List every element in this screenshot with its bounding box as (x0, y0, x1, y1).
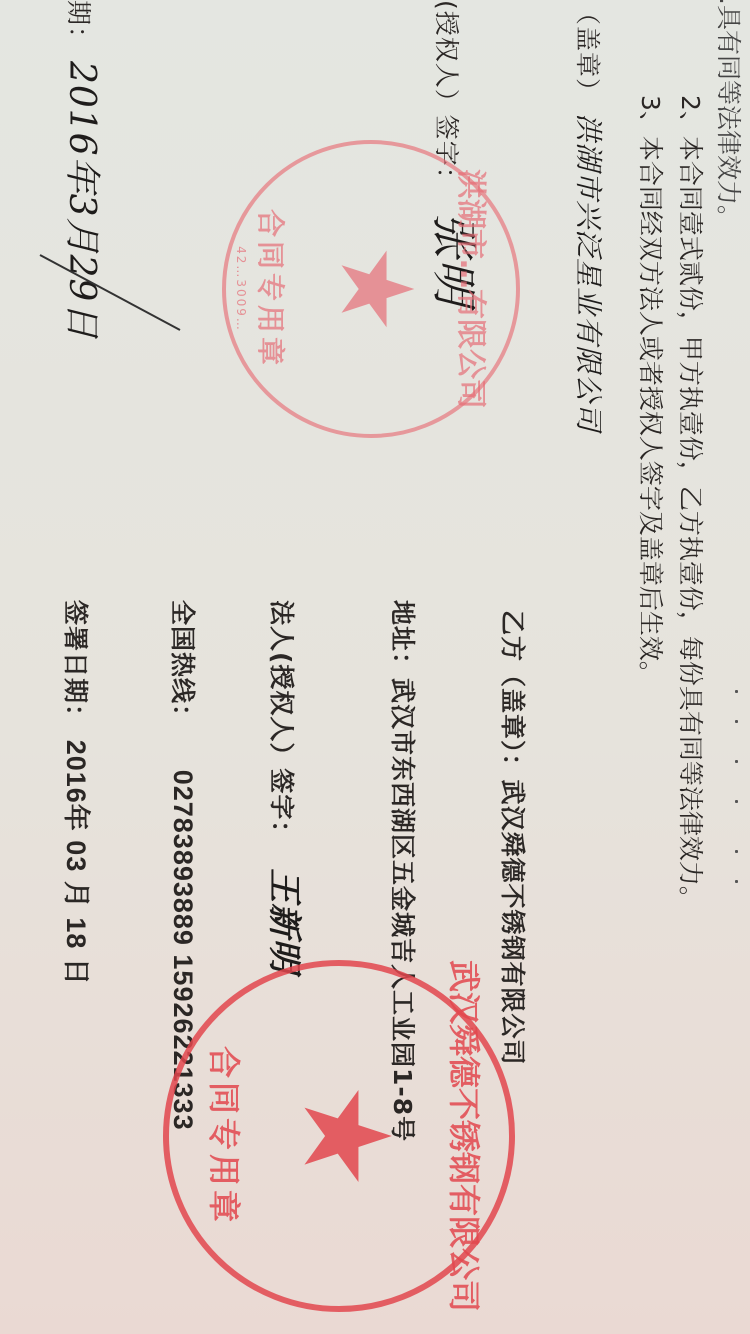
party-b-seal-label: 乙方（盖章）： (498, 610, 527, 780)
party-b-stamp-bottom-text: 合同专用章 (203, 966, 249, 1306)
party-b-seal-row: 乙方（盖章）：武汉舜德不锈钢有限公司 (496, 610, 532, 1066)
party-b-rep-label: 法人(授权人）签字： (267, 600, 296, 846)
party-a-stamp-bottom-text: 合同专用章 (252, 144, 292, 434)
clause-number: 3、 (636, 95, 665, 136)
clause-text: …具有同等法律效力。 (714, 0, 743, 230)
clause-1-fragment: …具有同等法律效力。 (712, 0, 748, 230)
star-icon: ★ (326, 244, 426, 334)
party-b-hotline-label: 全国热线： (168, 600, 197, 730)
party-b-stamp: 武汉舜德不锈钢有限公司 ★ 合同专用章 (163, 960, 515, 1312)
party-a-stamp-code: 42…3009… (234, 144, 248, 434)
clause-3: 3、本合同经双方法人或者授权人签字及盖章后生效。 (634, 95, 670, 686)
clause-2: 2、本合同壹式贰份，甲方执壹份，乙方执壹份，每份具有同等法律效力。 (674, 95, 710, 911)
party-b-stamp-top-text: 武汉舜德不锈钢有限公司 (443, 960, 489, 1312)
party-a-date-label: 期： (64, 0, 93, 52)
contract-page: …具有同等法律效力。 2、本合同壹式贰份，甲方执壹份，乙方执壹份，每份具有同等法… (0, 0, 750, 1334)
clause-number: 2、 (676, 95, 705, 136)
party-a-seal-row: （盖章） 洪湖市兴泛星业有限公司 (570, 0, 610, 432)
party-a-stamp: 洪湖市…有限公司 ★ 合同专用章 42…3009… (222, 140, 520, 438)
party-a-company-handwritten: 洪湖市兴泛星业有限公司 (572, 113, 605, 432)
party-a-stamp-top-text: 洪湖市…有限公司 (452, 169, 496, 409)
star-icon: ★ (285, 1082, 405, 1190)
pen-stroke (30, 250, 190, 370)
party-b-company: 武汉舜德不锈钢有限公司 (498, 780, 527, 1066)
party-b-date-row: 签署日期： 2016年 03 月 18 日 (59, 600, 98, 986)
clause-text: 本合同壹式贰份，甲方执壹份，乙方执壹份，每份具有同等法律效力。 (676, 136, 705, 911)
party-b-rep-row: 法人(授权人）签字： 王新明 (263, 600, 312, 973)
party-a-seal-label: （盖章） (573, 0, 602, 104)
party-b-signature: 王新明 (264, 868, 304, 973)
clause-text: 本合同经双方法人或者授权人签字及盖章后生效。 (636, 136, 665, 686)
party-b-date-label: 签署日期： (61, 600, 90, 730)
party-b-address-label: 地址： (388, 600, 417, 678)
party-b-date: 2016年 03 月 18 日 (61, 740, 91, 986)
